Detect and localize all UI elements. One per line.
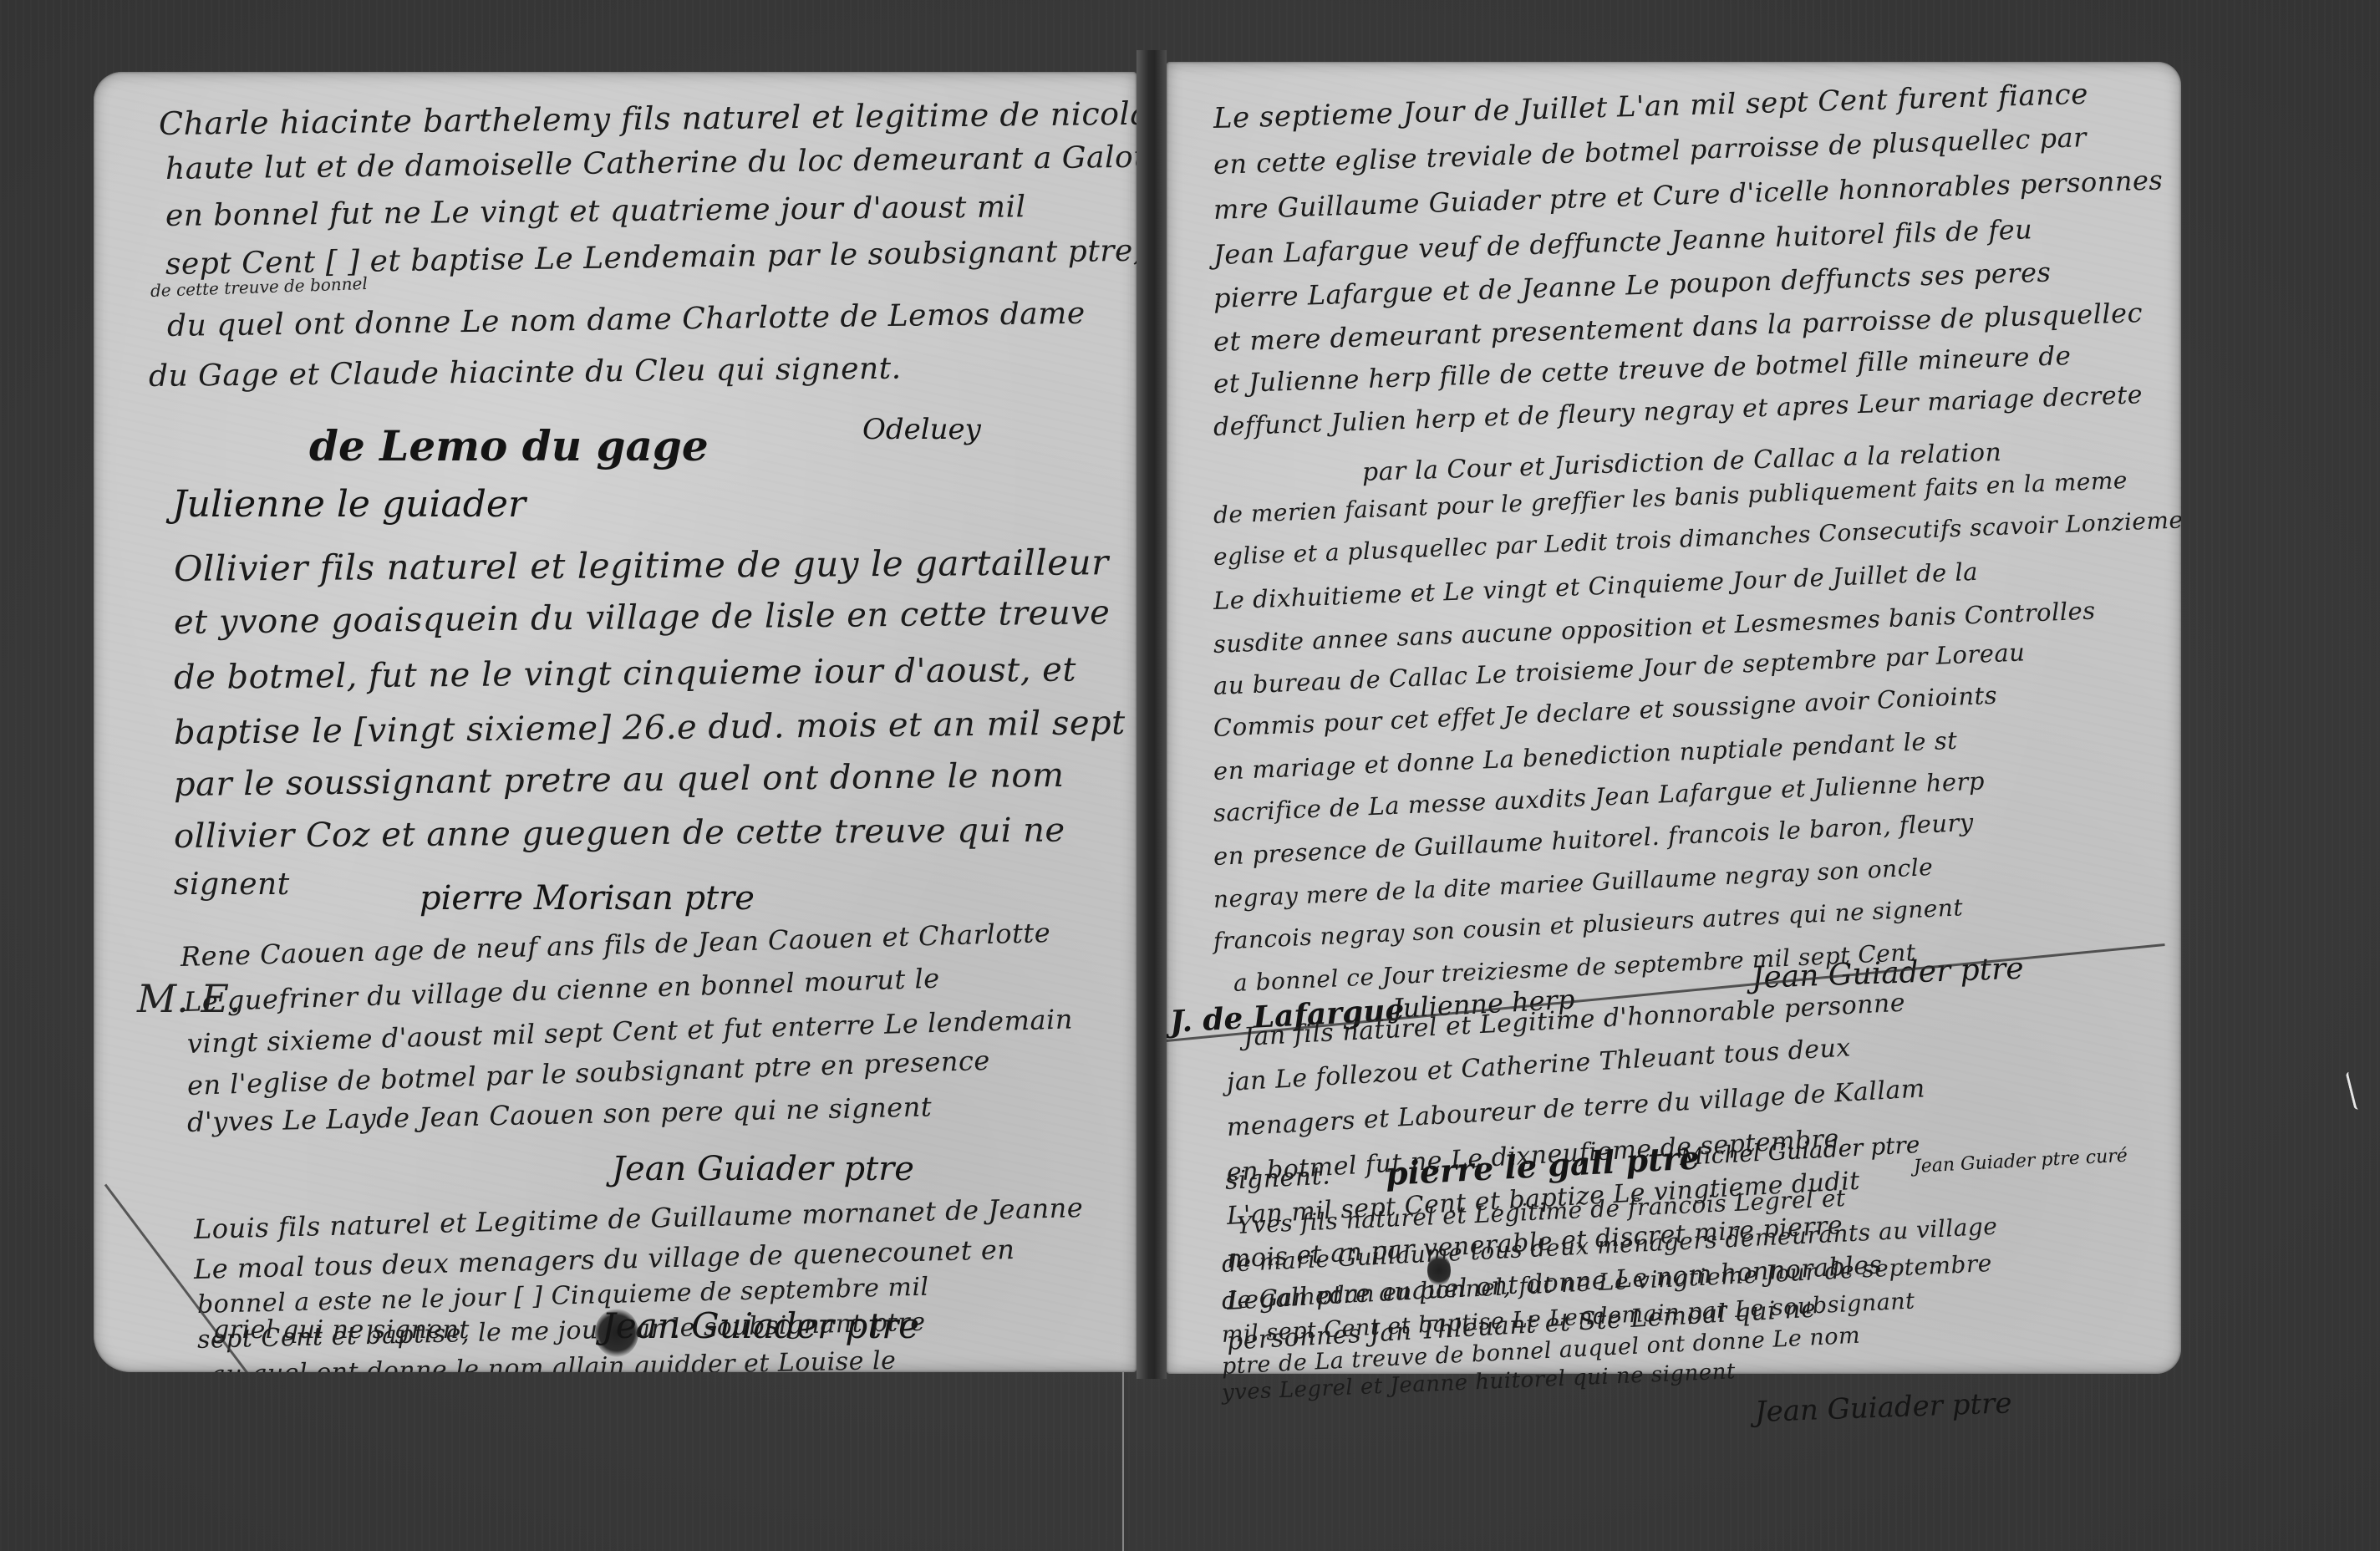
entry-line: en bonnel fut ne Le vingt et quatrieme j… bbox=[165, 190, 1026, 233]
signature: Odeluey bbox=[862, 413, 981, 446]
signature: Julienne le guiader bbox=[172, 483, 526, 526]
signature: Jean Guiader ptre bbox=[602, 1305, 919, 1346]
entry-line: signent bbox=[174, 867, 290, 902]
signature: Jean Guiader ptre bbox=[612, 1150, 914, 1188]
signature: pierre Morisan ptre bbox=[420, 879, 755, 918]
open-register-book: Charle hiacinte barthelemy fils naturel … bbox=[0, 0, 2380, 1551]
entry-line: ollivier Coz et anne gueguen de cette tr… bbox=[174, 811, 1065, 856]
entry-line: et yvone goaisquein du village de lisle … bbox=[174, 593, 1111, 642]
left-page: Charle hiacinte barthelemy fils naturel … bbox=[94, 72, 1137, 1372]
ink-blot bbox=[1427, 1254, 1451, 1287]
dust-fiber bbox=[2346, 1071, 2362, 1111]
entry-line: d'yves Le Layde Jean Caouen son pere qui… bbox=[187, 1091, 933, 1138]
entry-line: Ollivier fils naturel et legitime de guy… bbox=[174, 542, 1109, 589]
book-spine bbox=[1137, 50, 1167, 1379]
entry-line: signent. bbox=[1224, 1161, 1331, 1196]
entry-line: griel qui ne signent bbox=[213, 1315, 470, 1345]
entry-line: par le soussignant pretre au quel ont do… bbox=[174, 756, 1065, 804]
entry-line: du quel ont donne Le nom dame Charlotte … bbox=[167, 297, 1086, 343]
signature: Jean Guiader ptre bbox=[1754, 1386, 2012, 1429]
entry-line: de botmel, fut ne le vingt cinquieme iou… bbox=[174, 651, 1076, 697]
scan-artifact-line bbox=[1122, 1370, 1124, 1551]
entry-line: du Gage et Claude hiacinte du Cleu qui s… bbox=[149, 352, 902, 394]
entry-line: baptise le [vingt sixieme] 26.e dud. moi… bbox=[174, 703, 1137, 752]
signature: de Lemo du gage bbox=[309, 421, 709, 470]
entry-line: haute lut et de damoiselle Catherine du … bbox=[165, 140, 1137, 186]
entry-line: Charle hiacinte barthelemy fils naturel … bbox=[159, 94, 1137, 142]
